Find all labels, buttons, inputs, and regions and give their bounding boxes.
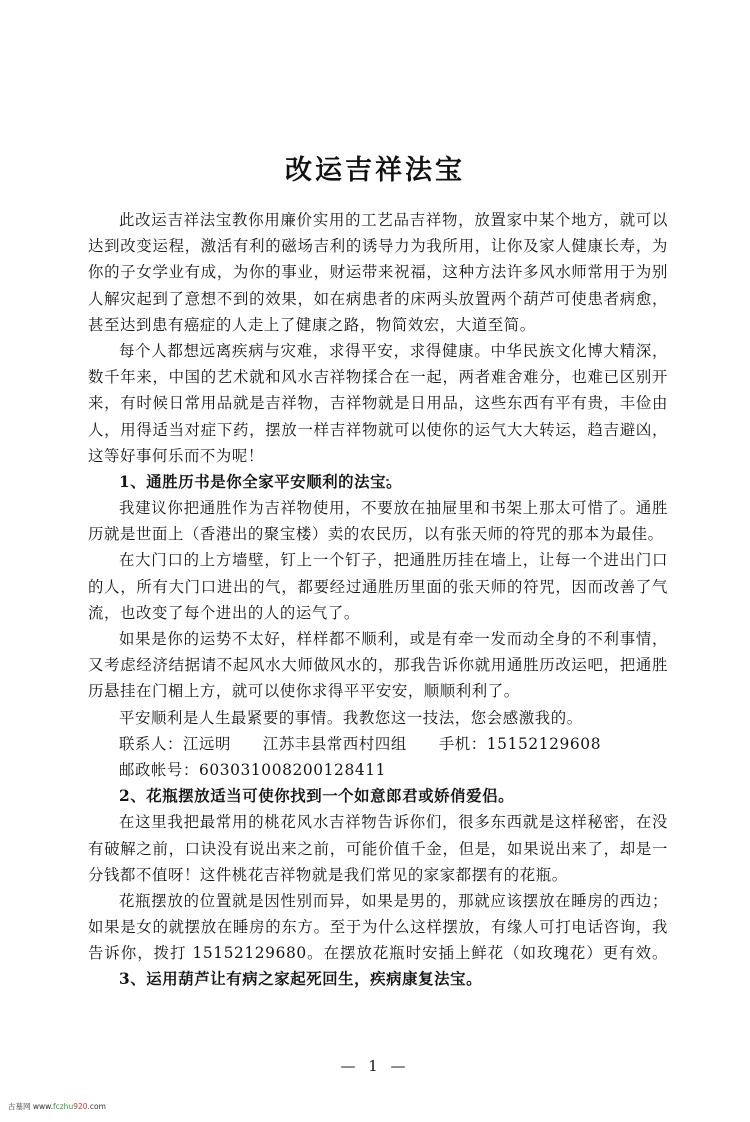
page-number: — 1 — (0, 1057, 750, 1075)
watermark-prefix: 古墓网 www. (8, 1102, 53, 1111)
contact-line: 联系人：江远明 江苏丰县常西村四组 手机：15152129608 (88, 731, 668, 757)
watermark-suffix: .com (88, 1102, 106, 1111)
text-line: 在大门口的上方墙壁，钉上一个钉子，把通胜历挂在墙上，让每一个进出门口 (88, 547, 668, 573)
text-line: 流，也改变了每个进出的人的运气了。 (88, 600, 668, 626)
text-line: 甚至达到患有癌症的人走上了健康之路，物简效宏，大道至简。 (88, 312, 668, 338)
watermark-green: fczhu (53, 1102, 73, 1111)
section-heading-1: 1、通胜历书是你全家平安顺利的法宝。 (88, 469, 668, 495)
text-line: 来，有时候日常用品就是吉祥物，吉祥物就是日用品，这些东西有平有贵，丰俭由 (88, 390, 668, 416)
postal-account-line: 邮政帐号：603031008200128411 (88, 757, 668, 783)
text-line: 平安顺利是人生最紧要的事情。我教您这一技法，您会感激我的。 (88, 705, 668, 731)
text-line: 如果是女的就摆放在睡房的东方。至于为什么这样摆放，有缘人可打电话咨询，我 (88, 914, 668, 940)
scan-speck (386, 479, 389, 481)
document-page: 改运吉祥法宝 此改运吉祥法宝教你用廉价实用的工艺品吉祥物，放置家中某个地方，就可… (0, 0, 750, 1122)
text-line: 又考虑经济结据请不起风水大师做风水的，那我告诉你就用通胜历改运吧，把通胜 (88, 652, 668, 678)
text-line: 每个人都想远离疾病与灾难，求得平安，求得健康。中华民族文化博大精深， (88, 338, 668, 364)
text-line: 的人，所有大门口进出的气，都要经过通胜历里面的张天师的符咒，因而改善了气 (88, 574, 668, 600)
watermark-red: 920 (73, 1102, 87, 1111)
text-line: 人，用得适当对症下药，摆放一样吉祥物就可以使你的运气大大转运，趋吉避凶， (88, 417, 668, 443)
text-line: 达到改变运程，激活有利的磁场吉利的诱导力为我所用，让你及家人健康长寿，为 (88, 233, 668, 259)
section-heading-2: 2、花瓶摆放适当可使你找到一个如意郎君或娇俏爱侣。 (88, 783, 668, 809)
text-line: 你的子女学业有成，为你的事业，财运带来祝福，这种方法许多风水师常用于为别 (88, 259, 668, 285)
body-text: 此改运吉祥法宝教你用廉价实用的工艺品吉祥物，放置家中某个地方，就可以 达到改变运… (88, 207, 668, 993)
text-line: 在这里我把最常用的桃花风水吉祥物告诉你们，很多东西就是这样秘密，在没 (88, 809, 668, 835)
text-line: 人解灾起到了意想不到的效果，如在病患者的床两头放置两个葫芦可使患者病愈， (88, 286, 668, 312)
text-line: 此改运吉祥法宝教你用廉价实用的工艺品吉祥物，放置家中某个地方，就可以 (88, 207, 668, 233)
watermark: 古墓网 www.fczhu920.com (8, 1101, 106, 1112)
text-line: 告诉你，拨打 15152129680。在摆放花瓶时安插上鲜花（如玫瑰花）更有效。 (88, 940, 668, 966)
text-line: 这等好事何乐而不为呢！ (88, 443, 668, 469)
text-line: 我建议你把通胜作为吉祥物使用，不要放在抽屉里和书架上那太可惜了。通胜 (88, 495, 668, 521)
text-line: 有破解之前，口诀没有说出来之前，可能价值千金，但是，如果说出来了，却是一 (88, 836, 668, 862)
text-line: 历悬挂在门楣上方，就可以使你求得平平安安，顺顺利利了。 (88, 678, 668, 704)
text-line: 历就是世面上（香港出的聚宝楼）卖的农民历，以有张天师的符咒的那本为最佳。 (88, 521, 668, 547)
text-line: 如果是你的运势不太好，样样都不顺利，或是有牵一发而动全身的不利事情， (88, 626, 668, 652)
text-line: 花瓶摆放的位置就是因性别而异，如果是男的，那就应该摆放在睡房的西边； (88, 888, 668, 914)
text-line: 分钱都不值呀！这件桃花吉祥物就是我们常见的家家都摆有的花瓶。 (88, 862, 668, 888)
section-heading-3: 3、运用葫芦让有病之家起死回生，疾病康复法宝。 (88, 966, 668, 992)
text-line: 数千年来，中国的艺术就和风水吉祥物揉合在一起，两者难舍难分，也难已区别开 (88, 364, 668, 390)
scan-speck (528, 815, 531, 817)
page-title: 改运吉祥法宝 (0, 148, 750, 187)
